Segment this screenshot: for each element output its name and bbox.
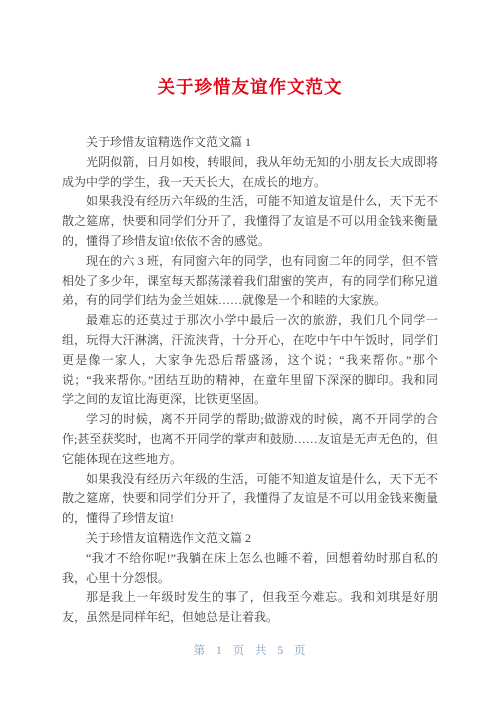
essay-document-page: 关于珍惜友谊作文范文 关于珍惜友谊精选作文范文篇 1 光阴似箭，日月如梭，转眼间… — [0, 0, 500, 707]
essay-paragraph: 光阴似箭，日月如梭，转眼间，我从年幼无知的小朋友长大成即将成为中学的学生，我一天… — [62, 153, 438, 193]
page-pagination: 第 1 页 共 5 页 — [0, 642, 500, 658]
pagination-prefix: 第 — [194, 645, 207, 657]
pagination-total-prefix: 共 — [255, 645, 268, 657]
essay-paragraph: 如果我没有经历六年级的生活，可能不知道友谊是什么，天下无不散之筵席，快要和同学们… — [62, 192, 438, 251]
essay-paragraph: 如果我没有经历六年级的生活，可能不知道友谊是什么，天下无不散之筵席，快要和同学们… — [62, 470, 438, 529]
essay-paragraph: “我才不给你呢!”我躺在床上怎么也睡不着，回想着幼时那自私的我，心里十分怨恨。 — [62, 549, 438, 589]
pagination-total-unit: 页 — [294, 645, 307, 657]
essay-section-heading-1: 关于珍惜友谊精选作文范文篇 1 — [62, 133, 438, 153]
essay-paragraph: 学习的时候，离不开同学的帮助;做游戏的时候，离不开同学的合作;甚至获奖时，也离不… — [62, 410, 438, 469]
pagination-page-unit: 页 — [233, 645, 246, 657]
current-page-number: 1 — [216, 645, 223, 657]
essay-paragraph: 现在的六 3 班，有同窗六年的同学，也有同窗二年的同学，但不管相处了多少年，课室… — [62, 252, 438, 311]
document-title: 关于珍惜友谊作文范文 — [0, 74, 500, 99]
essay-paragraph: 最难忘的还莫过于那次小学中最后一次的旅游，我们几个同学一组，玩得大汗淋漓，汗流浃… — [62, 311, 438, 410]
essay-content: 关于珍惜友谊精选作文范文篇 1 光阴似箭，日月如梭，转眼间，我从年幼无知的小朋友… — [62, 133, 438, 628]
essay-paragraph: 那是我上一年级时发生的事了，但我至今难忘。我和刘琪是好朋友，虽然是同样年纪，但她… — [62, 588, 438, 628]
total-pages-number: 5 — [277, 645, 284, 657]
essay-section-heading-2: 关于珍惜友谊精选作文范文篇 2 — [62, 529, 438, 549]
